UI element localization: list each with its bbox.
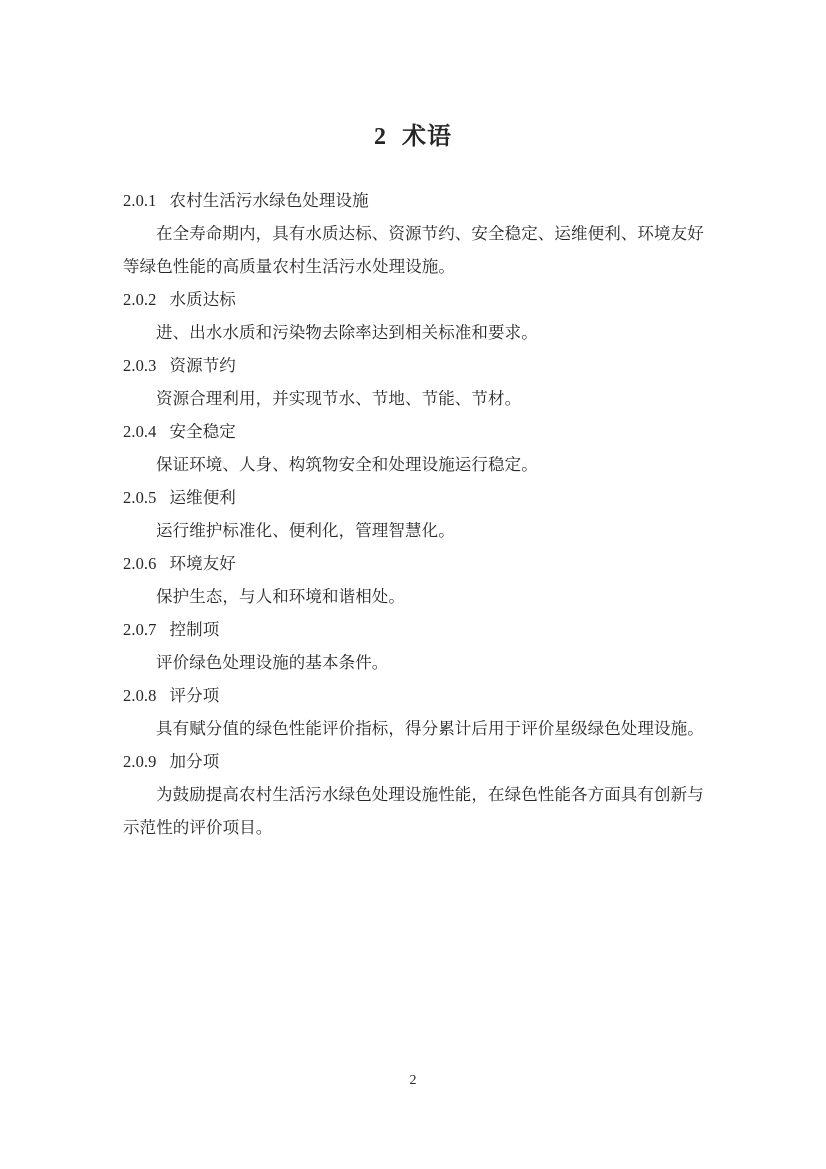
term-number: 2.0.3 — [123, 356, 157, 375]
term-section-2-0-3: 2.0.3资源节约 资源合理利用，并实现节水、节地、节能、节材。 — [123, 349, 803, 415]
page-number: 2 — [0, 1071, 826, 1091]
term-heading: 2.0.2水质达标 — [123, 283, 803, 316]
term-name: 农村生活污水绿色处理设施 — [170, 191, 369, 210]
term-section-2-0-4: 2.0.4安全稳定 保证环境、人身、构筑物安全和处理设施运行稳定。 — [123, 415, 803, 481]
term-number: 2.0.5 — [123, 488, 157, 507]
term-heading: 2.0.3资源节约 — [123, 349, 803, 382]
term-name: 运维便利 — [170, 488, 236, 507]
term-name: 资源节约 — [170, 356, 236, 375]
term-definition-line: 为鼓励提高农村生活污水绿色处理设施性能，在绿色性能各方面具有创新与 — [123, 778, 803, 811]
term-definition-line: 评价绿色处理设施的基本条件。 — [123, 646, 803, 679]
term-definition-line: 具有赋分值的绿色性能评价指标，得分累计后用于评价星级绿色处理设施。 — [123, 712, 803, 745]
term-number: 2.0.2 — [123, 290, 157, 309]
term-name: 环境友好 — [170, 554, 236, 573]
term-section-2-0-8: 2.0.8评分项 具有赋分值的绿色性能评价指标，得分累计后用于评价星级绿色处理设… — [123, 679, 803, 745]
term-name: 水质达标 — [170, 290, 236, 309]
term-heading: 2.0.9加分项 — [123, 745, 803, 778]
terminology-list: 2.0.1农村生活污水绿色处理设施 在全寿命期内，具有水质达标、资源节约、安全稳… — [123, 184, 803, 844]
page-title-text: 术语 — [402, 124, 452, 150]
term-definition-line: 保护生态，与人和环境和谐相处。 — [123, 580, 803, 613]
term-number: 2.0.9 — [123, 752, 157, 771]
term-definition-line: 等绿色性能的高质量农村生活污水处理设施。 — [123, 250, 803, 283]
term-name: 加分项 — [170, 752, 220, 771]
term-definition-line: 资源合理利用，并实现节水、节地、节能、节材。 — [123, 382, 803, 415]
term-number: 2.0.4 — [123, 422, 157, 441]
term-heading: 2.0.8评分项 — [123, 679, 803, 712]
term-heading: 2.0.7控制项 — [123, 613, 803, 646]
term-section-2-0-5: 2.0.5运维便利 运行维护标准化、便利化，管理智慧化。 — [123, 481, 803, 547]
term-definition-line: 进、出水水质和污染物去除率达到相关标准和要求。 — [123, 316, 803, 349]
term-section-2-0-2: 2.0.2水质达标 进、出水水质和污染物去除率达到相关标准和要求。 — [123, 283, 803, 349]
term-number: 2.0.7 — [123, 620, 157, 639]
term-heading: 2.0.1农村生活污水绿色处理设施 — [123, 184, 803, 217]
term-section-2-0-7: 2.0.7控制项 评价绿色处理设施的基本条件。 — [123, 613, 803, 679]
term-name: 控制项 — [170, 620, 220, 639]
term-heading: 2.0.6环境友好 — [123, 547, 803, 580]
term-definition-line: 保证环境、人身、构筑物安全和处理设施运行稳定。 — [123, 448, 803, 481]
term-number: 2.0.6 — [123, 554, 157, 573]
term-name: 安全稳定 — [170, 422, 236, 441]
term-definition-line: 在全寿命期内，具有水质达标、资源节约、安全稳定、运维便利、环境友好 — [123, 217, 803, 250]
term-definition-line: 示范性的评价项目。 — [123, 811, 803, 844]
term-name: 评分项 — [170, 686, 220, 705]
page-title-number: 2 — [374, 124, 387, 150]
term-section-2-0-9: 2.0.9加分项 为鼓励提高农村生活污水绿色处理设施性能，在绿色性能各方面具有创… — [123, 745, 803, 844]
term-heading: 2.0.4安全稳定 — [123, 415, 803, 448]
term-section-2-0-1: 2.0.1农村生活污水绿色处理设施 在全寿命期内，具有水质达标、资源节约、安全稳… — [123, 184, 803, 283]
page-title: 2术语 — [0, 0, 826, 155]
term-number: 2.0.1 — [123, 191, 157, 210]
term-section-2-0-6: 2.0.6环境友好 保护生态，与人和环境和谐相处。 — [123, 547, 803, 613]
document-page: 2术语 2.0.1农村生活污水绿色处理设施 在全寿命期内，具有水质达标、资源节约… — [0, 0, 826, 1169]
term-heading: 2.0.5运维便利 — [123, 481, 803, 514]
term-definition-line: 运行维护标准化、便利化，管理智慧化。 — [123, 514, 803, 547]
term-number: 2.0.8 — [123, 686, 157, 705]
